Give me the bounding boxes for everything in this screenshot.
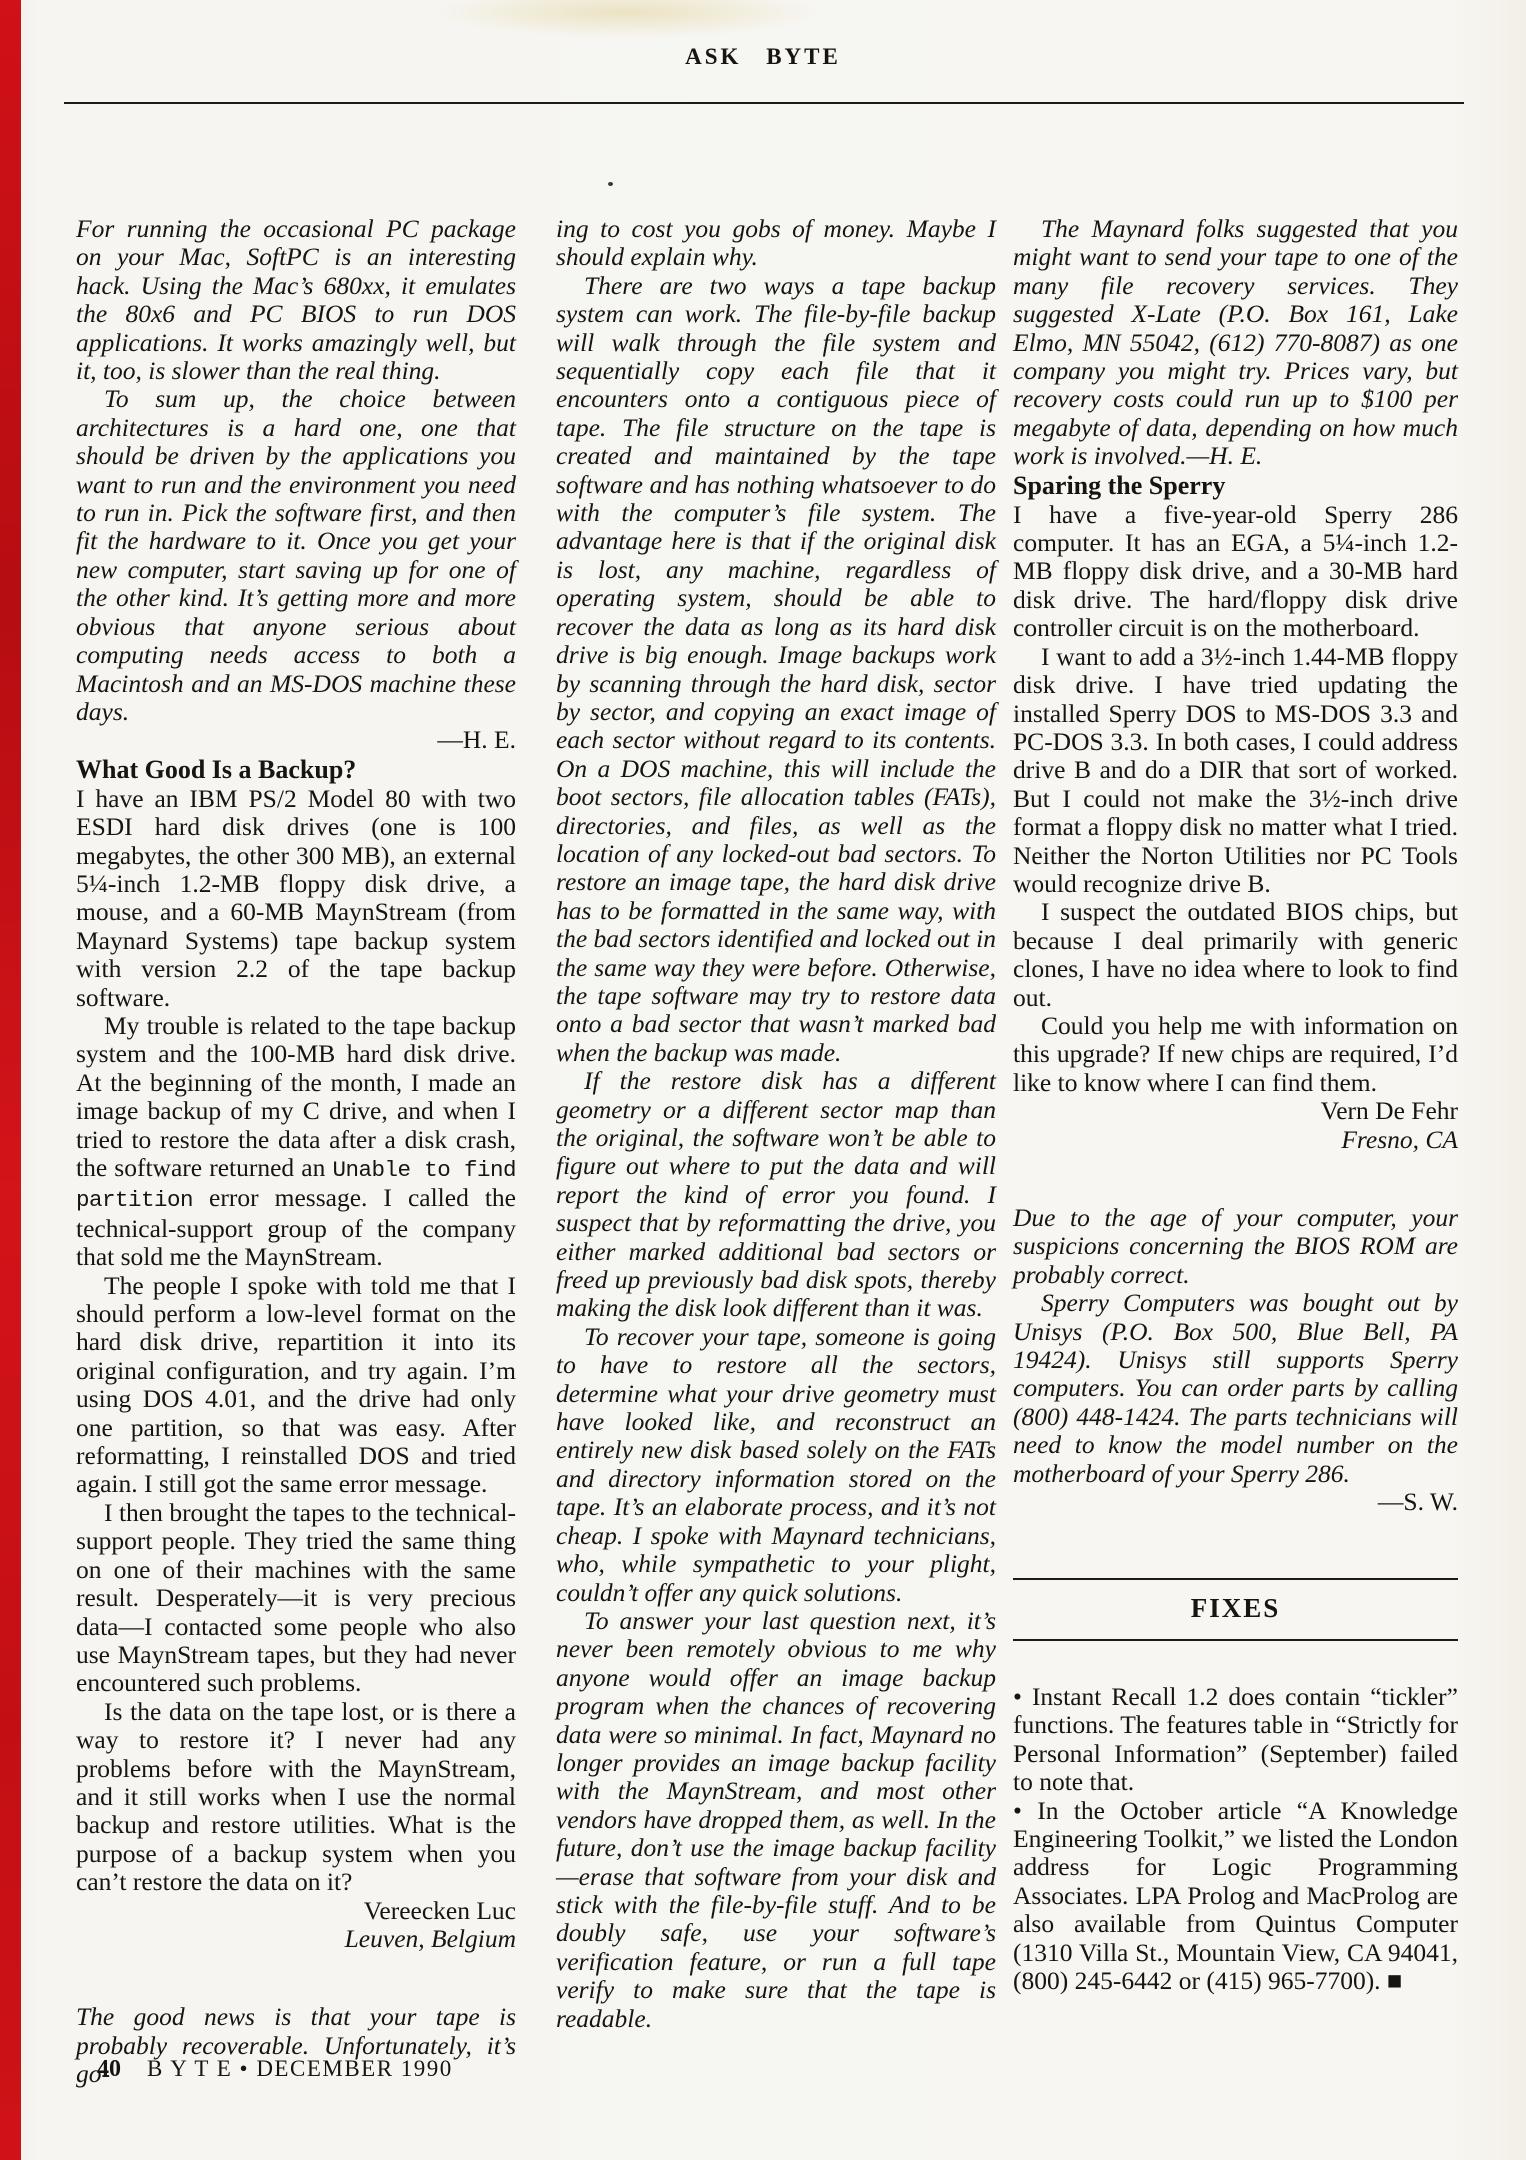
fix-item: • Instant Recall 1.2 does contain “tickl…: [1013, 1683, 1458, 1797]
letter-paragraph: The people I spoke with told me that I s…: [76, 1272, 516, 1499]
left-red-edge: [0, 0, 21, 2160]
letter-signature-place: Leuven, Belgium: [76, 1925, 516, 1953]
editor-initials: —S. W.: [1013, 1488, 1458, 1516]
editor-reply-paragraph: To sum up, the choice between architectu…: [76, 385, 516, 726]
section-heading-sperry: Sparing the Sperry: [1013, 471, 1458, 501]
letter-paragraph: I then brought the tapes to the technica…: [76, 1499, 516, 1698]
editor-reply-paragraph: There are two ways a tape backup system …: [556, 272, 996, 1067]
editor-reply-paragraph: For running the occasional PC package on…: [76, 215, 516, 385]
letter-paragraph: I have an IBM PS/2 Model 80 with two ESD…: [76, 785, 516, 1012]
magazine-name-date: B Y T E • DECEMBER 1990: [147, 2056, 453, 2082]
page-header: ASK BYTE: [0, 44, 1526, 70]
letter-paragraph: Could you help me with information on th…: [1013, 1012, 1458, 1097]
editor-reply-paragraph: If the restore disk has a different geom…: [556, 1067, 996, 1323]
letter-signature-place: Fresno, CA: [1013, 1126, 1458, 1154]
editor-reply-paragraph: To answer your last question next, it’s …: [556, 1607, 996, 2033]
editor-reply-paragraph: To recover your tape, someone is going t…: [556, 1323, 996, 1607]
editor-reply-paragraph: Due to the age of your computer, your su…: [1013, 1204, 1458, 1289]
page-number: 40: [97, 2056, 121, 2083]
letter-paragraph: I have a five-year-old Sperry 286 comput…: [1013, 501, 1458, 643]
letter-signature-name: Vern De Fehr: [1013, 1097, 1458, 1125]
fix-item: • In the October article “A Knowledge En…: [1013, 1797, 1458, 1996]
letter-paragraph: I want to add a 3½-inch 1.44-MB floppy d…: [1013, 643, 1458, 899]
scan-stain: [430, 0, 820, 38]
editor-reply-paragraph: ing to cost you gobs of money. Maybe I s…: [556, 215, 996, 272]
letter-signature-name: Vereecken Luc: [76, 1897, 516, 1925]
letter-paragraph: Is the data on the tape lost, or is ther…: [76, 1698, 516, 1897]
editor-reply-paragraph: Sperry Computers was bought out by Unisy…: [1013, 1289, 1458, 1488]
magazine-page: ASK BYTE For running the occasional PC p…: [0, 0, 1526, 2160]
editor-reply-paragraph: The Maynard folks suggested that you mig…: [1013, 215, 1458, 471]
column-right: The Maynard folks suggested that you mig…: [1013, 215, 1458, 1995]
fixes-rule-bottom: [1013, 1639, 1458, 1641]
section-heading-backup: What Good Is a Backup?: [76, 755, 516, 785]
header-rule: [64, 102, 1464, 104]
fixes-section: FIXES • Instant Recall 1.2 does contain …: [1013, 1578, 1458, 1995]
fixes-heading: FIXES: [1013, 1580, 1458, 1638]
page-footer: 40 B Y T E • DECEMBER 1990: [97, 2056, 453, 2083]
page-title: ASK BYTE: [0, 44, 1526, 70]
letter-paragraph: I suspect the outdated BIOS chips, but b…: [1013, 898, 1458, 1012]
column-left: For running the occasional PC package on…: [76, 215, 516, 2089]
scan-speck: [608, 182, 613, 186]
letter-paragraph: My trouble is related to the tape backup…: [76, 1012, 516, 1272]
column-middle: ing to cost you gobs of money. Maybe I s…: [556, 215, 996, 2033]
editor-initials: —H. E.: [76, 726, 516, 754]
fixes-items: • Instant Recall 1.2 does contain “tickl…: [1013, 1683, 1458, 1995]
